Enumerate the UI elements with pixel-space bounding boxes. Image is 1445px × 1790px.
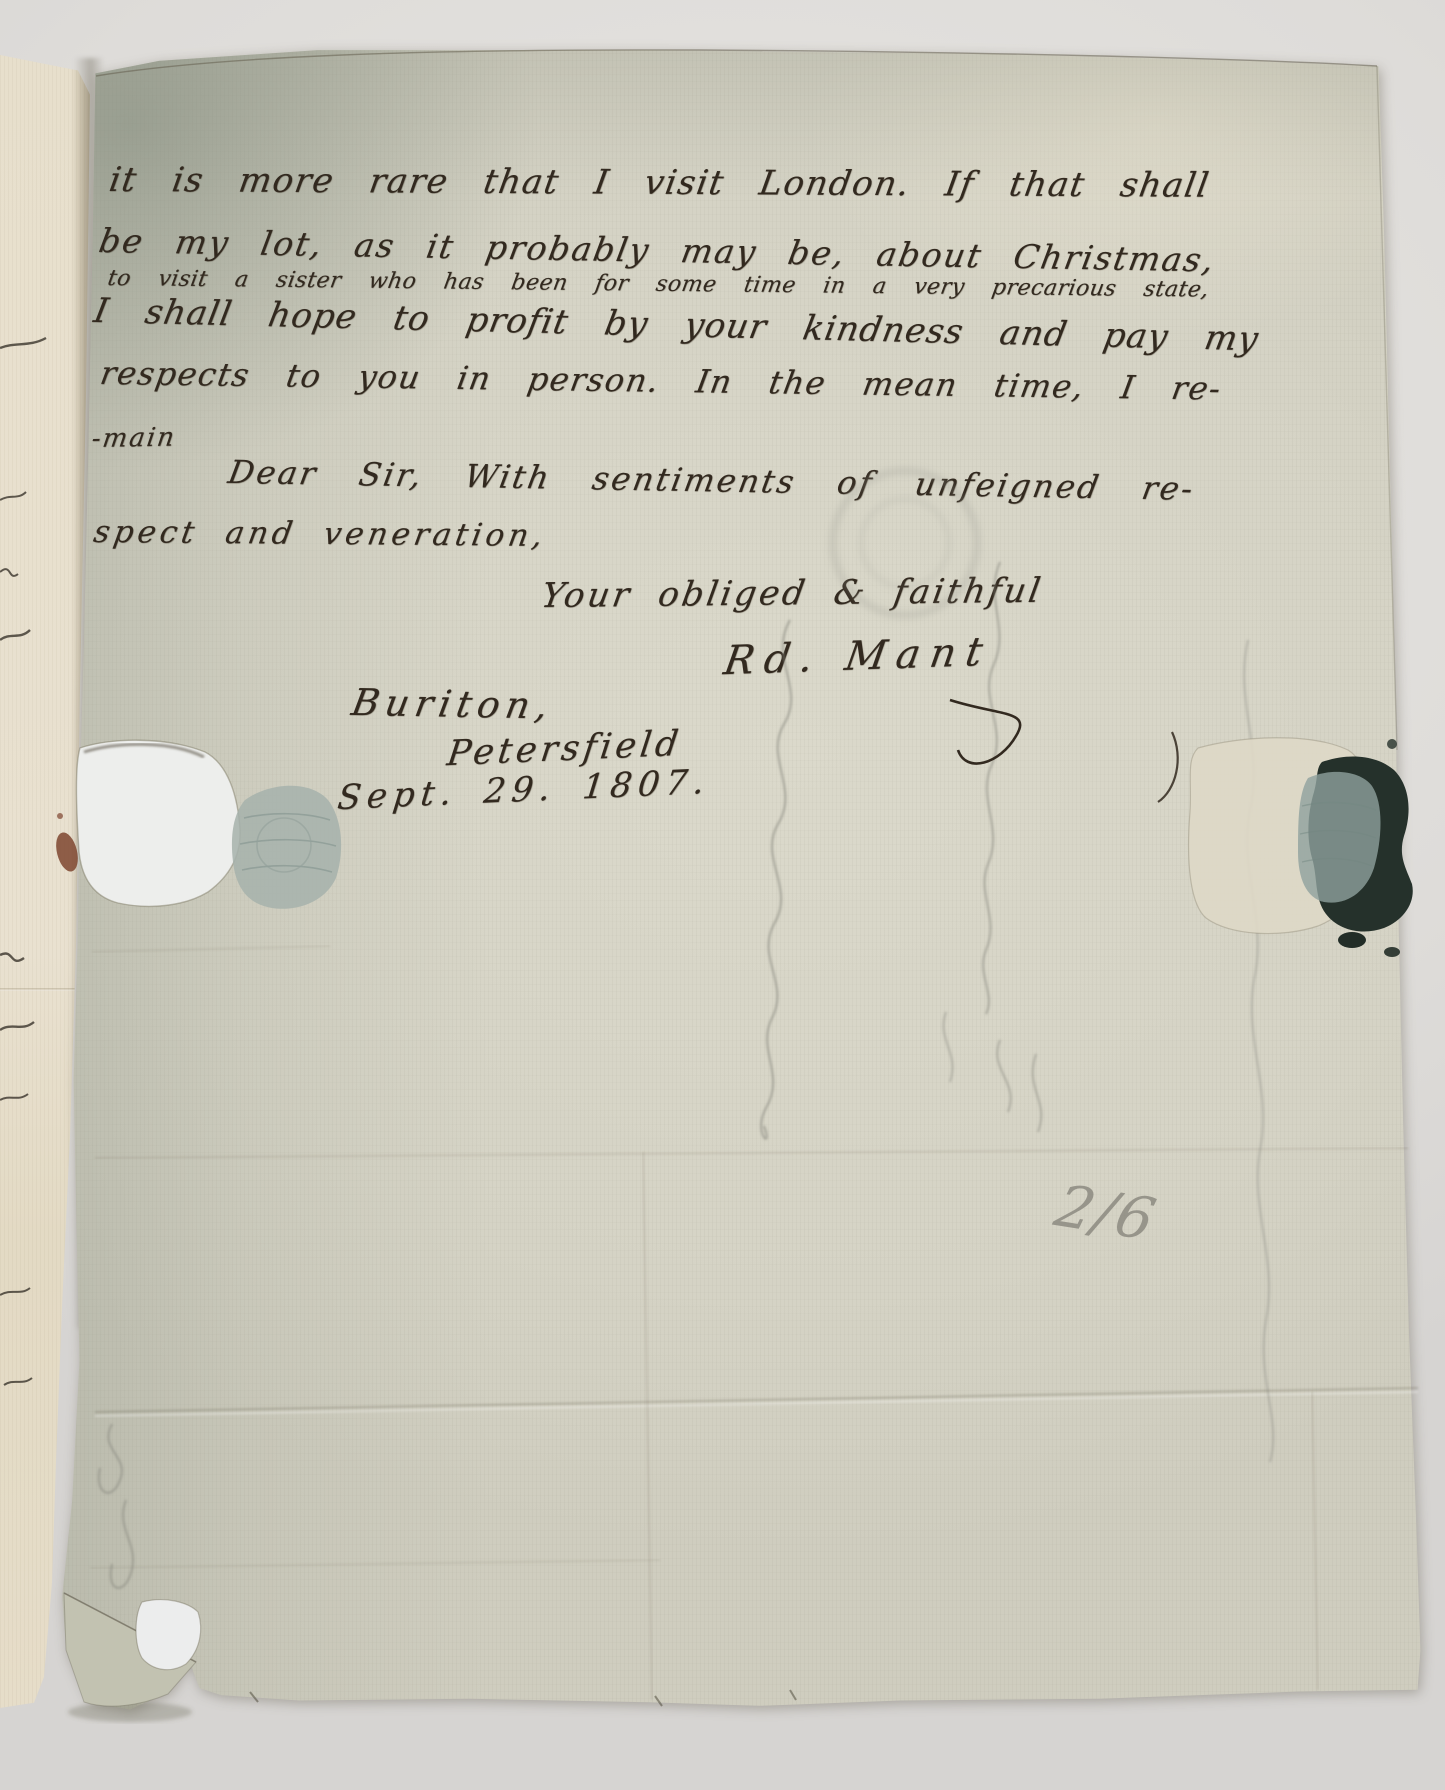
letter-photo: it is more rare that I visit London. If … <box>0 0 1445 1790</box>
main-page-wrap: it is more rare that I visit London. If … <box>0 0 1445 1790</box>
date-line: Sept. 29. 1807. <box>335 762 712 818</box>
signature: Rd. Mant <box>721 629 996 685</box>
letter-line: respects to you in person. In the mean t… <box>97 354 1224 408</box>
valediction-line: Your obliged & faithful <box>538 571 1046 616</box>
letter-line: it is more rare that I visit London. If … <box>106 160 1212 206</box>
letter-line: -main <box>90 423 178 455</box>
main-page: it is more rare that I visit London. If … <box>0 0 1445 1790</box>
pencil-annotation: 2/6 <box>1048 1172 1164 1254</box>
letter-line: Dear Sir, With sentiments of unfeigned r… <box>225 453 1198 508</box>
letter-line: spect and veneration, <box>91 514 549 554</box>
place-line: Buriton, <box>348 681 557 727</box>
